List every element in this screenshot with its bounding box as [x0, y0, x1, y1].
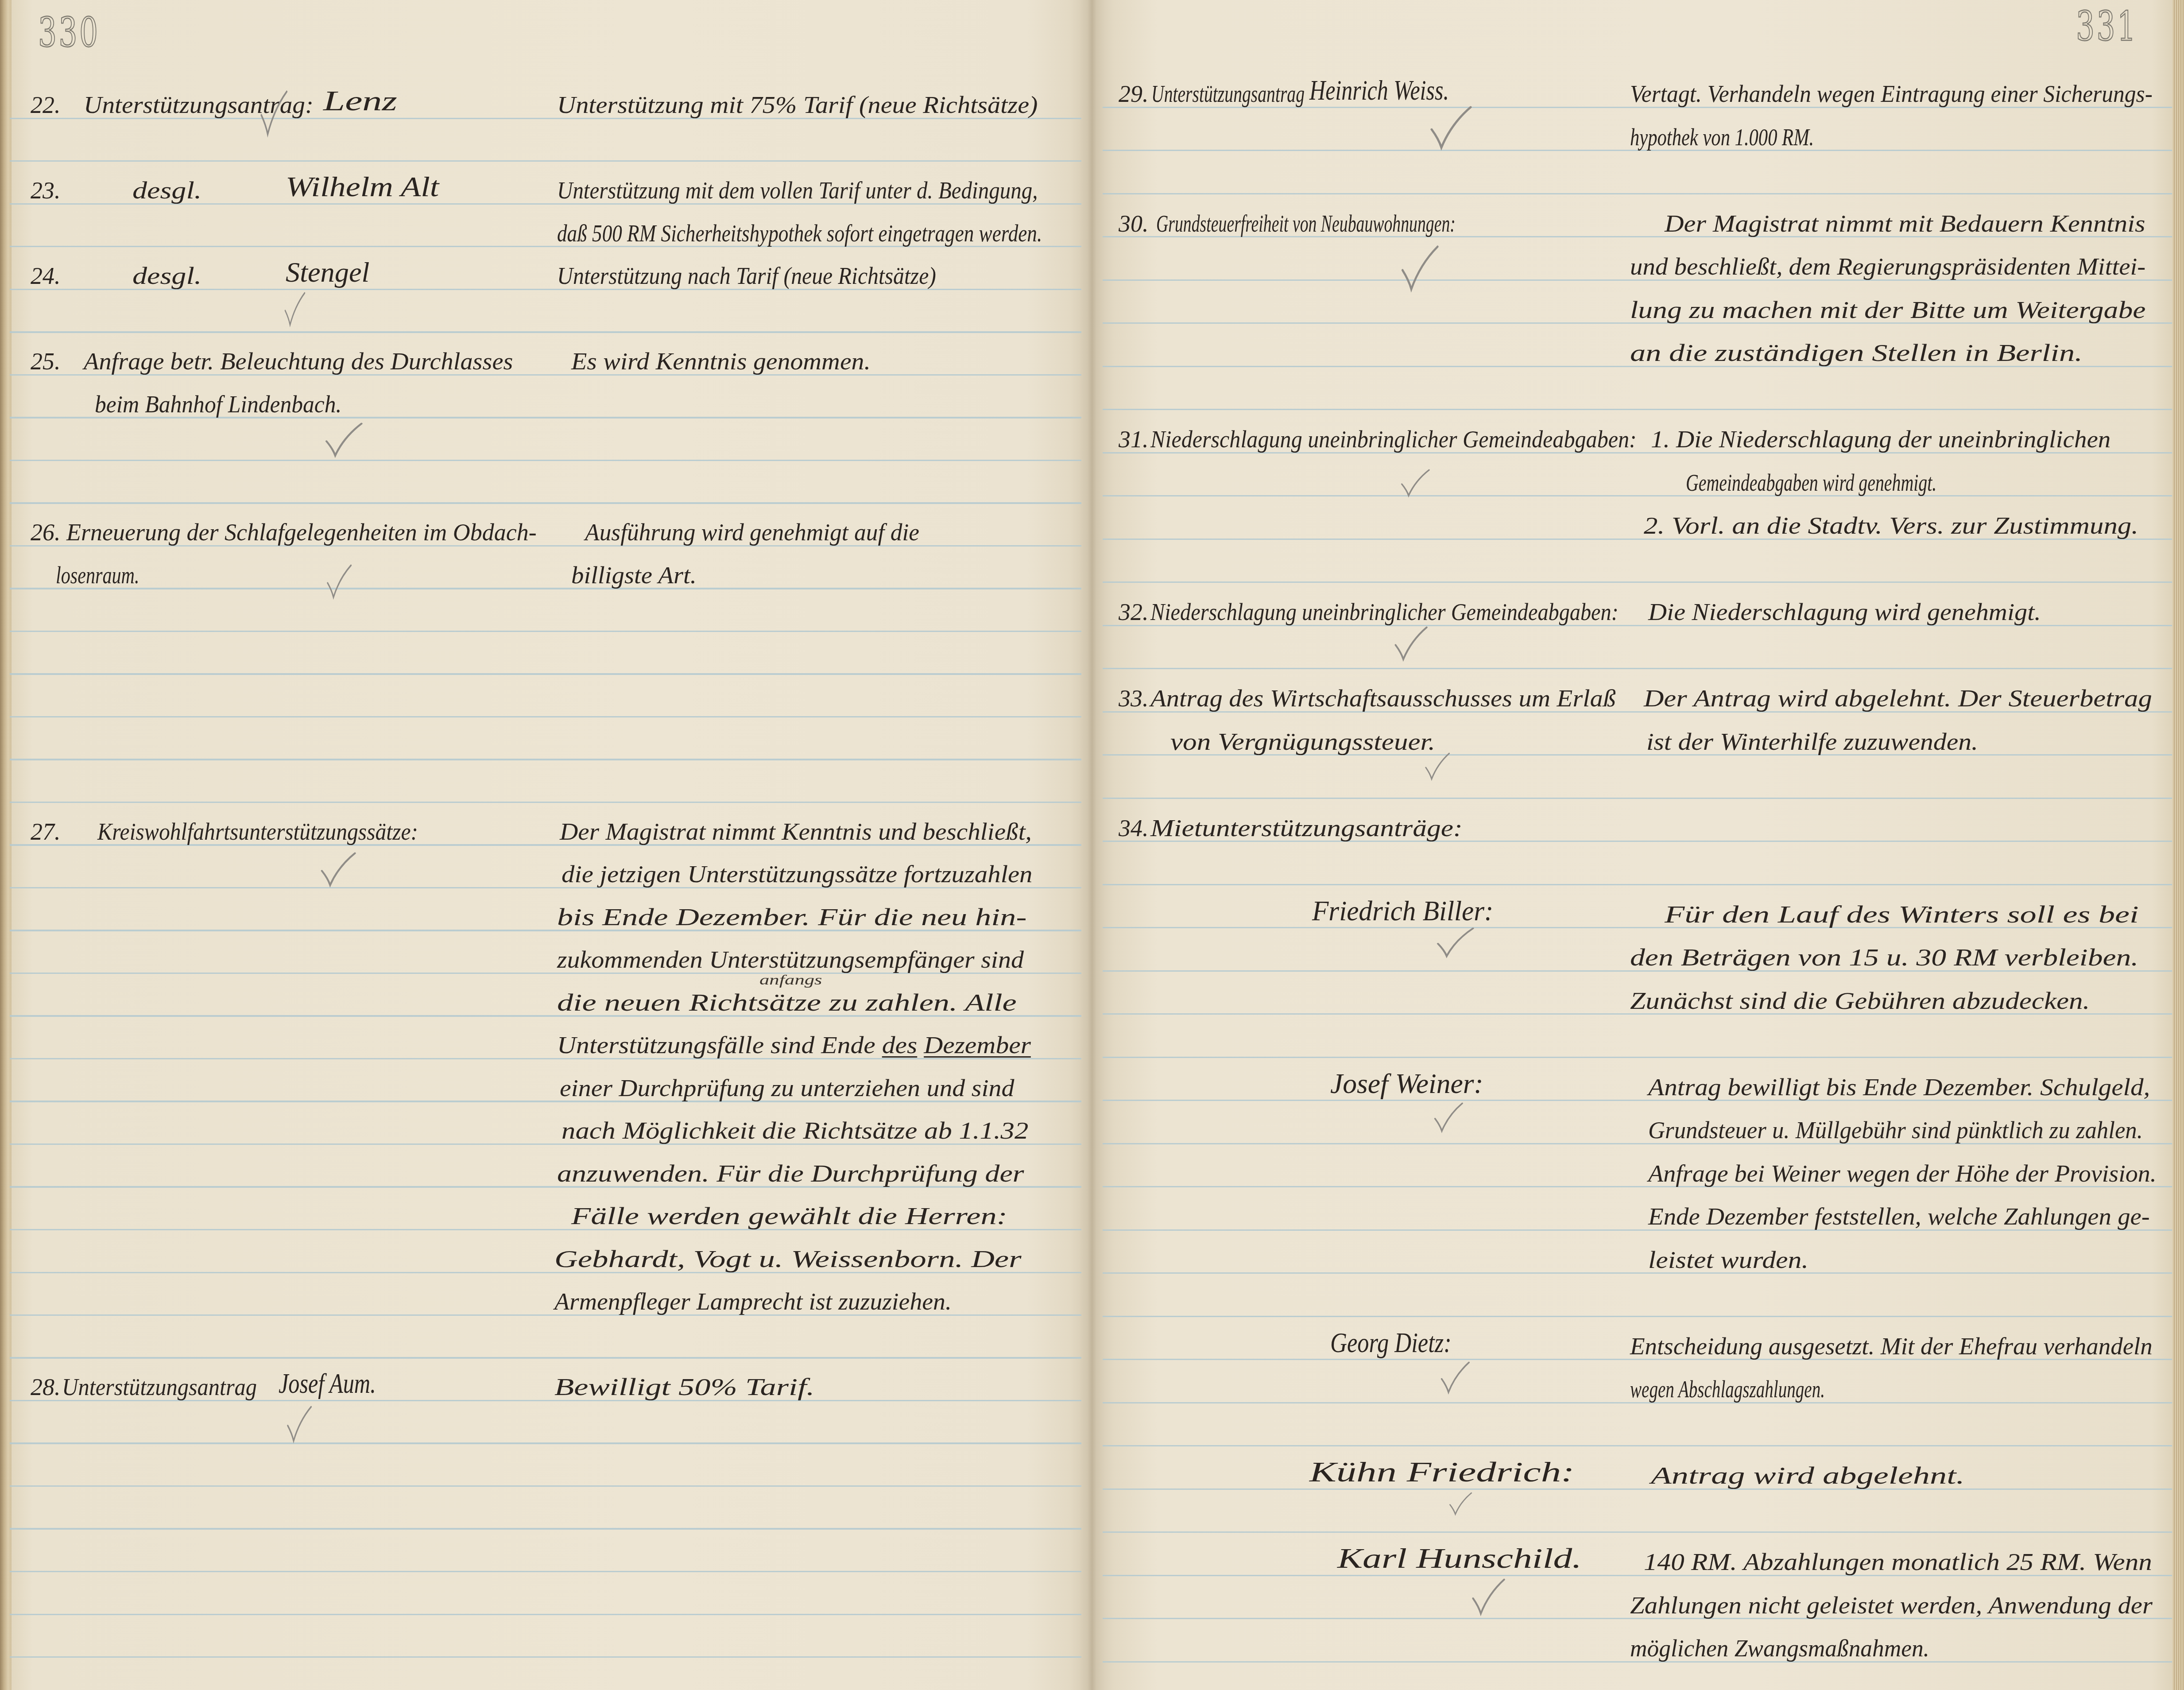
entry-decision-line: den Beträgen von 15 u. 30 RM verbleiben.	[1630, 946, 2138, 969]
entry-decision-line: Grundsteuer u. Müllgebühr sind pünktlich…	[1648, 1118, 2143, 1142]
applicant-name: Lenz	[323, 87, 397, 115]
applicant-name: Heinrich Weiss.	[1309, 76, 1449, 105]
applicant-name: Friedrich Biller:	[1312, 897, 1493, 925]
open-ledger-book: 330 22. Unterstützungsantrag: Lenz Unter…	[0, 0, 2184, 1690]
entry-number: 22.	[31, 93, 61, 117]
entry-decision-line: anzuwenden. Für die Durchprüfung der	[557, 1162, 1024, 1186]
check-mark-icon	[1448, 1492, 1472, 1515]
entry-decision-line: Der Magistrat nimmt Kenntnis und beschli…	[560, 820, 1032, 844]
entry-decision-line: Zunächst sind die Gebühren abzudecken.	[1630, 989, 2090, 1013]
check-mark-icon	[1428, 106, 1472, 148]
entry-decision-line: Anfrage bei Weiner wegen der Höhe der Pr…	[1648, 1162, 2157, 1186]
entry-decision-line: Die Niederschlagung wird genehmigt.	[1648, 600, 2041, 624]
entry-number: 32.	[1119, 600, 1149, 624]
entry-decision-line: Für den Lauf des Winters soll es bei	[1665, 903, 2139, 926]
entry-number: 27.	[31, 820, 61, 844]
underlined-word: Dezember	[924, 1032, 1031, 1058]
applicant-name: Georg Dietz:	[1330, 1329, 1452, 1357]
entry-decision-line: Entscheidung ausgesetzt. Mit der Ehefrau…	[1630, 1334, 2153, 1358]
entry-decision-line: wegen Abschlagszahlungen.	[1630, 1377, 1825, 1401]
inserted-correction: anfangs	[759, 973, 822, 987]
entry-decision-line: Vertagt. Verhandeln wegen Eintragung ein…	[1630, 82, 2153, 106]
entry-number: 29.	[1119, 82, 1149, 106]
check-mark-icon	[1433, 1103, 1464, 1132]
entry-decision-line: möglichen Zwangsmaßnahmen.	[1630, 1636, 1929, 1660]
entry-decision-line: ist der Winterhilfe zuzuwenden.	[1646, 730, 1978, 754]
entry-decision-line: daß 500 RM Sicherheitshypothek sofort ei…	[557, 221, 1042, 245]
entry-number: 30.	[1119, 212, 1149, 236]
entry-decision-line: nach Möglichkeit die Richtsätze ab 1.1.3…	[561, 1119, 1028, 1143]
entry-number: 26.	[31, 520, 61, 544]
entry-decision-line: Antrag bewilligt bis Ende Dezember. Schu…	[1648, 1075, 2150, 1099]
entry-subject: desgl.	[132, 178, 201, 202]
entry-subject: Mietunterstützungsanträge:	[1150, 816, 1463, 840]
entry-decision-line: 140 RM. Abzahlungen monatlich 25 RM. Wen…	[1644, 1550, 2152, 1574]
entry-decision-line: Fälle werden gewählt die Herren:	[571, 1204, 1007, 1228]
applicant-name: Karl Hunschild.	[1337, 1544, 1582, 1573]
check-mark-icon	[323, 423, 363, 456]
entry-number: 28.	[31, 1375, 61, 1399]
check-mark-icon	[1399, 469, 1430, 496]
entry-decision-line: zukommenden Unterstützungsempfänger sind	[557, 948, 1024, 972]
entry-number: 25.	[31, 349, 61, 373]
entry-subject: Niederschlagung uneinbringlicher Gemeind…	[1150, 427, 1637, 451]
entry-decision-line: Es wird Kenntnis genommen.	[571, 349, 871, 373]
entry-decision-line: 1. Die Niederschlagung der uneinbringlic…	[1651, 427, 2110, 451]
book-edge-right	[2172, 0, 2184, 1690]
underlined-word: des	[882, 1032, 917, 1058]
page-number-right: 331	[2076, 6, 2138, 47]
entry-subject: Niederschlagung uneinbringlicher Gemeind…	[1150, 600, 1619, 624]
entry-decision-line: Unterstützungsfälle sind Ende des Dezemb…	[557, 1033, 1031, 1057]
applicant-name: Josef Aum.	[279, 1369, 376, 1398]
entry-decision-line: Zahlungen nicht geleistet werden, Anwend…	[1630, 1593, 2153, 1617]
check-mark-icon	[1439, 1362, 1470, 1393]
entry-subject: Unterstützungsantrag	[62, 1375, 257, 1399]
decision-text: Unterstützungsfälle sind Ende	[557, 1032, 875, 1058]
entry-decision-line: Bewilligt 50% Tarif.	[554, 1375, 814, 1399]
entry-decision-line: Ende Dezember feststellen, welche Zahlun…	[1648, 1205, 2150, 1229]
entry-decision-line: einer Durchprüfung zu unterziehen und si…	[560, 1076, 1014, 1100]
entry-subject: Erneuerung der Schlafgelegenheiten im Ob…	[66, 520, 537, 544]
entry-number: 33.	[1119, 686, 1149, 710]
applicant-name: Josef Weiner:	[1330, 1070, 1483, 1098]
entry-decision-line: Der Antrag wird abgelehnt. Der Steuerbet…	[1644, 686, 2152, 710]
entry-decision-line: die neuen Richtsätze zu zahlen. Alle	[557, 991, 1017, 1015]
applicant-name: Wilhelm Alt	[286, 173, 439, 201]
entry-subject: Unterstützungsantrag	[1151, 82, 1305, 106]
check-mark-icon	[325, 565, 352, 598]
entry-decision-line: Antrag wird abgelehnt.	[1651, 1464, 1965, 1488]
entry-decision-line: 2. Vorl. an die Stadtv. Vers. zur Zustim…	[1644, 514, 2138, 538]
check-mark-icon	[1399, 246, 1439, 290]
check-mark-icon	[283, 292, 306, 326]
entry-subject: Anfrage betr. Beleuchtung des Durchlasse…	[84, 349, 513, 373]
entry-subject: von Vergnügungssteuer.	[1170, 730, 1435, 754]
entry-decision-line: und beschließt, dem Regierungspräsidente…	[1630, 255, 2145, 279]
entry-decision-line: lung zu machen mit der Bitte um Weiterga…	[1630, 298, 2145, 322]
entry-decision-line: leistet wurden.	[1648, 1248, 1808, 1272]
entry-decision-line: Unterstützung nach Tarif (neue Richtsätz…	[557, 264, 936, 288]
entry-number: 31.	[1119, 427, 1149, 451]
entry-decision-line: die jetzigen Unterstützungssätze fortzuz…	[561, 862, 1033, 886]
check-mark-icon	[259, 91, 288, 135]
check-mark-icon	[1470, 1579, 1506, 1614]
entry-decision-line: Unterstützung mit 75% Tarif (neue Richts…	[557, 93, 1038, 117]
entry-decision-line: billigste Art.	[571, 563, 697, 587]
entry-decision-line: Armenpfleger Lamprecht ist zuzuziehen.	[554, 1290, 952, 1314]
entry-decision-line: hypothek von 1.000 RM.	[1630, 125, 1814, 149]
entry-subject: Kreiswohlfahrtsunterstützungssätze:	[97, 820, 418, 844]
check-mark-icon	[319, 853, 356, 886]
entry-decision-line: Unterstützung mit dem vollen Tarif unter…	[557, 178, 1038, 202]
entry-decision-line: Der Magistrat nimmt mit Bedauern Kenntni…	[1665, 212, 2145, 236]
page-number-left: 330	[38, 12, 100, 53]
check-mark-icon	[1435, 928, 1475, 957]
entry-decision-line: Ausführung wird genehmigt auf die	[585, 520, 919, 544]
check-mark-icon	[1424, 753, 1450, 779]
check-mark-icon	[1393, 627, 1428, 660]
applicant-name: Stengel	[286, 258, 369, 287]
entry-subject: Grundsteuerfreiheit von Neubauwohnungen:	[1156, 212, 1456, 236]
entry-number: 23.	[31, 178, 61, 202]
entry-subject: desgl.	[132, 264, 201, 288]
entry-decision-line: Gebhardt, Vogt u. Weissenborn. Der	[554, 1247, 1022, 1271]
entry-number: 34.	[1119, 816, 1149, 840]
entry-subject: losenraum.	[56, 563, 139, 587]
entry-decision-line: an die zuständigen Stellen in Berlin.	[1630, 341, 2083, 365]
entry-decision-line: Gemeindeabgaben wird genehmigt.	[1686, 471, 1936, 495]
check-mark-icon	[286, 1406, 312, 1442]
entry-subject: Antrag des Wirtschaftsausschusses um Erl…	[1150, 686, 1616, 710]
entry-number: 24.	[31, 264, 61, 288]
entry-subject: beim Bahnhof Lindenbach.	[95, 392, 341, 416]
entry-decision-line: bis Ende Dezember. Für die neu hin-	[557, 905, 1026, 929]
applicant-name: Kühn Friedrich:	[1309, 1458, 1574, 1486]
